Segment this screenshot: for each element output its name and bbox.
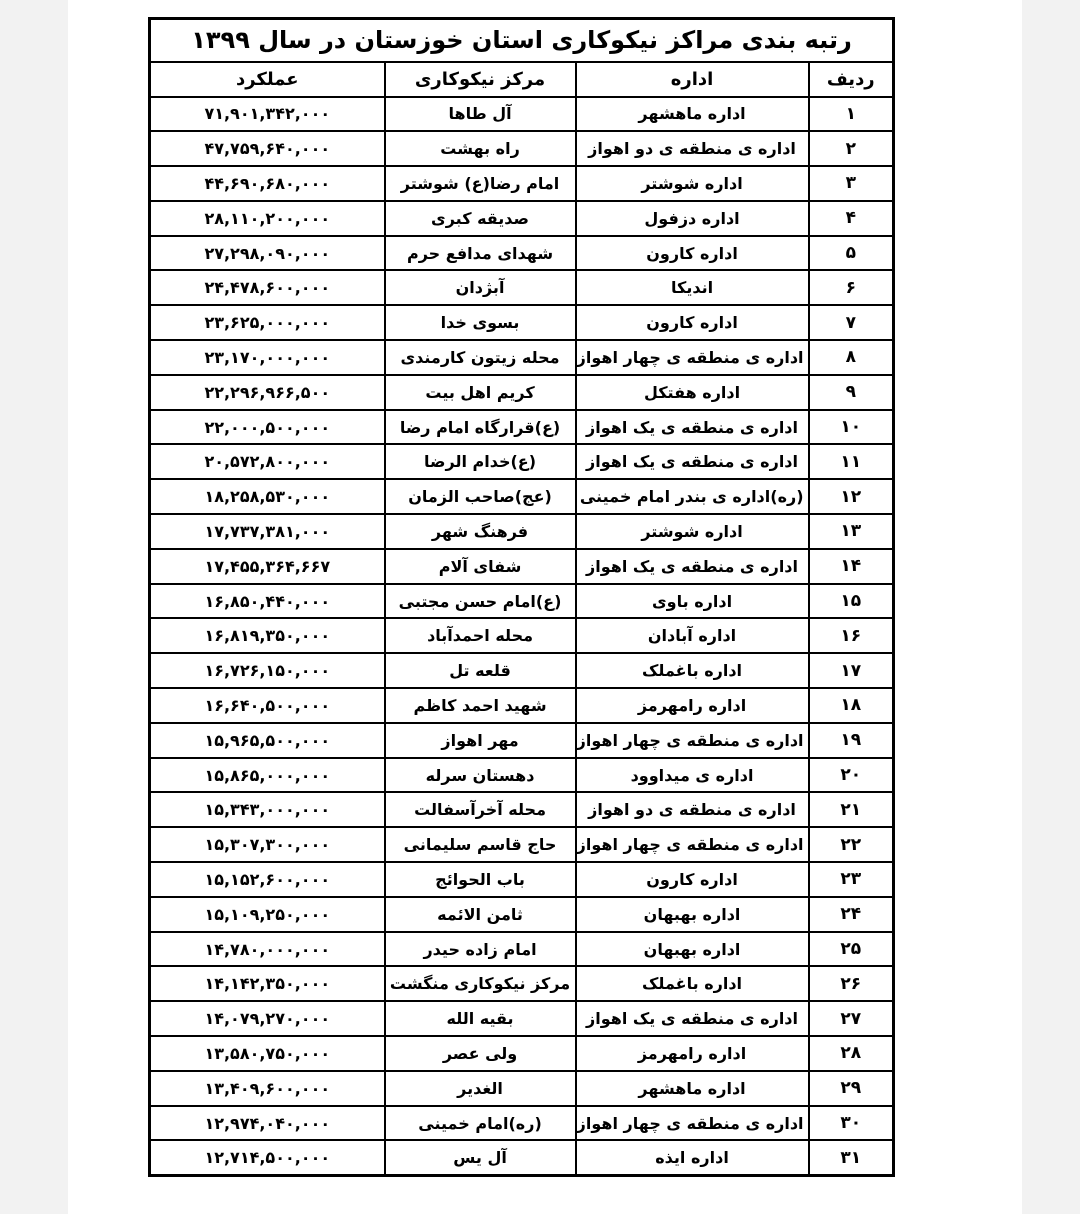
cell-markaz: راه بهشت (385, 131, 576, 166)
cell-radif: ۲۷ (809, 1001, 894, 1036)
cell-markaz: حاج قاسم سلیمانی (385, 827, 576, 862)
cell-radif: ۲۴ (809, 897, 894, 932)
table-row: ۲۵اداره بهبهانامام زاده حیدر۱۴,۷۸۰,۰۰۰,۰… (150, 932, 894, 967)
table-row: ۸اداره ی منطقه ی چهار اهوازمحله زیتون کا… (150, 340, 894, 375)
cell-markaz: مهر اهواز (385, 723, 576, 758)
cell-markaz: آل یس (385, 1140, 576, 1175)
table-header-row: ردیف اداره مرکز نیکوکاری عملکرد (150, 62, 894, 97)
cell-amalkard: ۲۲,۲۹۶,۹۶۶,۵۰۰ (150, 375, 385, 410)
cell-markaz: محله زیتون کارمندی (385, 340, 576, 375)
cell-radif: ۱۴ (809, 549, 894, 584)
cell-radif: ۲۸ (809, 1036, 894, 1071)
cell-amalkard: ۱۶,۸۱۹,۳۵۰,۰۰۰ (150, 618, 385, 653)
cell-amalkard: ۱۶,۶۴۰,۵۰۰,۰۰۰ (150, 688, 385, 723)
ranking-table: رتبه بندی مراکز نیکوکاری استان خوزستان د… (148, 17, 895, 1177)
left-margin-strip (0, 0, 68, 1214)
cell-markaz: دهستان سرله (385, 758, 576, 793)
cell-amalkard: ۲۳,۱۷۰,۰۰۰,۰۰۰ (150, 340, 385, 375)
table-row: ۲۹اداره ماهشهرالغدیر۱۳,۴۰۹,۶۰۰,۰۰۰ (150, 1071, 894, 1106)
cell-edare: اداره آبادان (576, 618, 809, 653)
cell-radif: ۸ (809, 340, 894, 375)
cell-amalkard: ۴۴,۶۹۰,۶۸۰,۰۰۰ (150, 166, 385, 201)
cell-markaz: شهید احمد کاظم (385, 688, 576, 723)
cell-edare: اداره شوشتر (576, 166, 809, 201)
cell-edare: اداره رامهرمز (576, 1036, 809, 1071)
cell-radif: ۹ (809, 375, 894, 410)
cell-radif: ۱۲ (809, 479, 894, 514)
table-row: ۶اندیکاآبژدان۲۴,۴۷۸,۶۰۰,۰۰۰ (150, 270, 894, 305)
table-row: ۲۰اداره ی میداووددهستان سرله۱۵,۸۶۵,۰۰۰,۰… (150, 758, 894, 793)
cell-radif: ۷ (809, 305, 894, 340)
table-row: ۱اداره ماهشهرآل طاها۷۱,۹۰۱,۳۴۲,۰۰۰ (150, 97, 894, 132)
cell-markaz: محله احمدآباد (385, 618, 576, 653)
table-row: ۳اداره شوشترامام رضا(ع) شوشتر۴۴,۶۹۰,۶۸۰,… (150, 166, 894, 201)
table-row: ۲۴اداره بهبهانثامن الائمه۱۵,۱۰۹,۲۵۰,۰۰۰ (150, 897, 894, 932)
cell-radif: ۱۵ (809, 584, 894, 619)
cell-markaz: بقیه الله (385, 1001, 576, 1036)
cell-edare: اداره ی منطقه ی چهار اهواز (576, 1106, 809, 1141)
cell-amalkard: ۲۷,۲۹۸,۰۹۰,۰۰۰ (150, 236, 385, 271)
cell-radif: ۵ (809, 236, 894, 271)
cell-markaz: شفای آلام (385, 549, 576, 584)
cell-edare: اداره ایذه (576, 1140, 809, 1175)
page-title: رتبه بندی مراکز نیکوکاری استان خوزستان د… (150, 19, 894, 62)
cell-markaz: قلعه تل (385, 653, 576, 688)
cell-radif: ۲۶ (809, 966, 894, 1001)
cell-edare: اندیکا (576, 270, 809, 305)
cell-markaz: امام زاده حیدر (385, 932, 576, 967)
table-row: ۹اداره هفتکلکریم اهل بیت۲۲,۲۹۶,۹۶۶,۵۰۰ (150, 375, 894, 410)
cell-amalkard: ۲۴,۴۷۸,۶۰۰,۰۰۰ (150, 270, 385, 305)
table-row: ۱۸اداره رامهرمزشهید احمد کاظم۱۶,۶۴۰,۵۰۰,… (150, 688, 894, 723)
cell-edare: اداره شوشتر (576, 514, 809, 549)
cell-edare: اداره بهبهان (576, 932, 809, 967)
cell-amalkard: ۱۵,۱۵۲,۶۰۰,۰۰۰ (150, 862, 385, 897)
table-row: ۲۲اداره ی منطقه ی چهار اهوازحاج قاسم سلی… (150, 827, 894, 862)
table-row: ۱۹اداره ی منطقه ی چهار اهوازمهر اهواز۱۵,… (150, 723, 894, 758)
cell-radif: ۴ (809, 201, 894, 236)
table-row: ۲۳اداره کارونباب الحوائج۱۵,۱۵۲,۶۰۰,۰۰۰ (150, 862, 894, 897)
cell-markaz: فرهنگ شهر (385, 514, 576, 549)
cell-radif: ۲۹ (809, 1071, 894, 1106)
cell-amalkard: ۱۵,۳۴۳,۰۰۰,۰۰۰ (150, 792, 385, 827)
cell-amalkard: ۲۳,۶۲۵,۰۰۰,۰۰۰ (150, 305, 385, 340)
cell-radif: ۱۳ (809, 514, 894, 549)
table-row: ۳۱اداره ایذهآل یس۱۲,۷۱۴,۵۰۰,۰۰۰ (150, 1140, 894, 1175)
column-header-radif: ردیف (809, 62, 894, 97)
cell-edare: اداره ی میداوود (576, 758, 809, 793)
cell-radif: ۳۰ (809, 1106, 894, 1141)
table-row: ۳۰اداره ی منطقه ی چهار اهواز(ره)امام خمی… (150, 1106, 894, 1141)
cell-edare: اداره باغملک (576, 653, 809, 688)
table-row: ۱۵اداره باوی(ع)امام حسن مجتبی۱۶,۸۵۰,۴۴۰,… (150, 584, 894, 619)
table-row: ۱۲(ره)اداره ی بندر امام خمینی(عج)صاحب ال… (150, 479, 894, 514)
cell-edare: اداره رامهرمز (576, 688, 809, 723)
column-header-amalkard: عملکرد (150, 62, 385, 97)
cell-radif: ۶ (809, 270, 894, 305)
table-row: ۱۷اداره باغملکقلعه تل۱۶,۷۲۶,۱۵۰,۰۰۰ (150, 653, 894, 688)
cell-amalkard: ۴۷,۷۵۹,۶۴۰,۰۰۰ (150, 131, 385, 166)
cell-amalkard: ۱۴,۷۸۰,۰۰۰,۰۰۰ (150, 932, 385, 967)
cell-markaz: (ع)خدام الرضا (385, 444, 576, 479)
cell-amalkard: ۱۸,۲۵۸,۵۳۰,۰۰۰ (150, 479, 385, 514)
cell-markaz: بسوی خدا (385, 305, 576, 340)
cell-radif: ۳ (809, 166, 894, 201)
cell-edare: اداره ی منطقه ی یک اهواز (576, 549, 809, 584)
table-row: ۱۶اداره آبادانمحله احمدآباد۱۶,۸۱۹,۳۵۰,۰۰… (150, 618, 894, 653)
table-row: ۲۶اداره باغملکمرکز نیکوکاری منگشت۱۴,۱۴۲,… (150, 966, 894, 1001)
cell-edare: اداره ی منطقه ی یک اهواز (576, 1001, 809, 1036)
cell-edare: اداره کارون (576, 305, 809, 340)
cell-markaz: ثامن الائمه (385, 897, 576, 932)
cell-edare: اداره ی منطقه ی دو اهواز (576, 792, 809, 827)
cell-markaz: (ع)قرارگاه امام رضا (385, 410, 576, 445)
cell-edare: اداره کارون (576, 236, 809, 271)
cell-edare: اداره دزفول (576, 201, 809, 236)
cell-edare: اداره ی منطقه ی چهار اهواز (576, 827, 809, 862)
table-row: ۲اداره ی منطقه ی دو اهوازراه بهشت۴۷,۷۵۹,… (150, 131, 894, 166)
cell-edare: اداره ماهشهر (576, 97, 809, 132)
cell-amalkard: ۱۵,۱۰۹,۲۵۰,۰۰۰ (150, 897, 385, 932)
cell-markaz: (ع)امام حسن مجتبی (385, 584, 576, 619)
table-row: ۱۱اداره ی منطقه ی یک اهواز(ع)خدام الرضا۲… (150, 444, 894, 479)
table-body: ۱اداره ماهشهرآل طاها۷۱,۹۰۱,۳۴۲,۰۰۰۲اداره… (150, 97, 894, 1176)
cell-markaz: محله آخرآسفالت (385, 792, 576, 827)
cell-amalkard: ۱۳,۴۰۹,۶۰۰,۰۰۰ (150, 1071, 385, 1106)
cell-radif: ۱۶ (809, 618, 894, 653)
table-row: ۲۱اداره ی منطقه ی دو اهوازمحله آخرآسفالت… (150, 792, 894, 827)
cell-edare: اداره بهبهان (576, 897, 809, 932)
cell-markaz: امام رضا(ع) شوشتر (385, 166, 576, 201)
cell-amalkard: ۱۴,۱۴۲,۳۵۰,۰۰۰ (150, 966, 385, 1001)
cell-edare: اداره ماهشهر (576, 1071, 809, 1106)
cell-amalkard: ۱۲,۹۷۴,۰۴۰,۰۰۰ (150, 1106, 385, 1141)
cell-amalkard: ۲۸,۱۱۰,۲۰۰,۰۰۰ (150, 201, 385, 236)
cell-amalkard: ۱۵,۳۰۷,۳۰۰,۰۰۰ (150, 827, 385, 862)
cell-markaz: صدیقه کبری (385, 201, 576, 236)
cell-amalkard: ۱۶,۸۵۰,۴۴۰,۰۰۰ (150, 584, 385, 619)
cell-amalkard: ۷۱,۹۰۱,۳۴۲,۰۰۰ (150, 97, 385, 132)
cell-edare: اداره ی منطقه ی چهار اهواز (576, 340, 809, 375)
cell-markaz: آل طاها (385, 97, 576, 132)
right-margin-strip (1022, 0, 1080, 1214)
page: { "page": { "background": "#ffffff", "si… (0, 0, 1080, 1214)
cell-radif: ۱۱ (809, 444, 894, 479)
cell-radif: ۲۱ (809, 792, 894, 827)
cell-radif: ۱ (809, 97, 894, 132)
cell-amalkard: ۱۵,۸۶۵,۰۰۰,۰۰۰ (150, 758, 385, 793)
cell-edare: (ره)اداره ی بندر امام خمینی (576, 479, 809, 514)
cell-radif: ۱۰ (809, 410, 894, 445)
table-row: ۷اداره کارونبسوی خدا۲۳,۶۲۵,۰۰۰,۰۰۰ (150, 305, 894, 340)
table-row: ۲۷اداره ی منطقه ی یک اهوازبقیه الله۱۴,۰۷… (150, 1001, 894, 1036)
cell-amalkard: ۱۶,۷۲۶,۱۵۰,۰۰۰ (150, 653, 385, 688)
table-row: ۱۰اداره ی منطقه ی یک اهواز(ع)قرارگاه اما… (150, 410, 894, 445)
cell-edare: اداره ی منطقه ی دو اهواز (576, 131, 809, 166)
table-row: ۱۴اداره ی منطقه ی یک اهوازشفای آلام۱۷,۴۵… (150, 549, 894, 584)
column-header-edare: اداره (576, 62, 809, 97)
cell-amalkard: ۱۴,۰۷۹,۲۷۰,۰۰۰ (150, 1001, 385, 1036)
cell-amalkard: ۱۷,۷۳۷,۳۸۱,۰۰۰ (150, 514, 385, 549)
column-header-markaz: مرکز نیکوکاری (385, 62, 576, 97)
cell-amalkard: ۱۳,۵۸۰,۷۵۰,۰۰۰ (150, 1036, 385, 1071)
cell-markaz: شهدای مدافع حرم (385, 236, 576, 271)
cell-markaz: ولی عصر (385, 1036, 576, 1071)
cell-radif: ۲ (809, 131, 894, 166)
cell-markaz: مرکز نیکوکاری منگشت (385, 966, 576, 1001)
cell-markaz: باب الحوائج (385, 862, 576, 897)
cell-radif: ۲۳ (809, 862, 894, 897)
cell-edare: اداره کارون (576, 862, 809, 897)
cell-edare: اداره ی منطقه ی یک اهواز (576, 444, 809, 479)
cell-radif: ۲۰ (809, 758, 894, 793)
cell-edare: اداره هفتکل (576, 375, 809, 410)
table-row: ۴اداره دزفولصدیقه کبری۲۸,۱۱۰,۲۰۰,۰۰۰ (150, 201, 894, 236)
cell-radif: ۱۸ (809, 688, 894, 723)
cell-radif: ۱۷ (809, 653, 894, 688)
table-title-row: رتبه بندی مراکز نیکوکاری استان خوزستان د… (150, 19, 894, 62)
cell-amalkard: ۲۰,۵۷۲,۸۰۰,۰۰۰ (150, 444, 385, 479)
cell-edare: اداره باوی (576, 584, 809, 619)
cell-markaz: (ره)امام خمینی (385, 1106, 576, 1141)
cell-amalkard: ۱۷,۴۵۵,۳۶۴,۶۶۷ (150, 549, 385, 584)
table-row: ۲۸اداره رامهرمزولی عصر۱۳,۵۸۰,۷۵۰,۰۰۰ (150, 1036, 894, 1071)
cell-amalkard: ۲۲,۰۰۰,۵۰۰,۰۰۰ (150, 410, 385, 445)
cell-amalkard: ۱۲,۷۱۴,۵۰۰,۰۰۰ (150, 1140, 385, 1175)
cell-radif: ۲۵ (809, 932, 894, 967)
cell-markaz: الغدیر (385, 1071, 576, 1106)
cell-amalkard: ۱۵,۹۶۵,۵۰۰,۰۰۰ (150, 723, 385, 758)
cell-markaz: کریم اهل بیت (385, 375, 576, 410)
cell-radif: ۱۹ (809, 723, 894, 758)
cell-markaz: آبژدان (385, 270, 576, 305)
cell-radif: ۲۲ (809, 827, 894, 862)
cell-edare: اداره ی منطقه ی یک اهواز (576, 410, 809, 445)
cell-edare: اداره ی منطقه ی چهار اهواز (576, 723, 809, 758)
table-row: ۵اداره کارونشهدای مدافع حرم۲۷,۲۹۸,۰۹۰,۰۰… (150, 236, 894, 271)
table-row: ۱۳اداره شوشترفرهنگ شهر۱۷,۷۳۷,۳۸۱,۰۰۰ (150, 514, 894, 549)
cell-markaz: (عج)صاحب الزمان (385, 479, 576, 514)
cell-radif: ۳۱ (809, 1140, 894, 1175)
cell-edare: اداره باغملک (576, 966, 809, 1001)
